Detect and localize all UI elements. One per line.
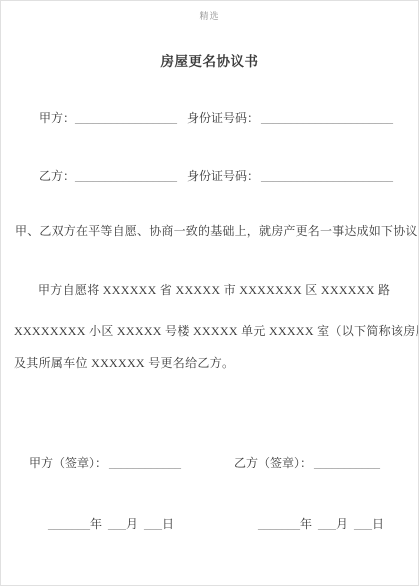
party-b-name-blank: _________________ <box>75 169 177 183</box>
day-blank: ___ <box>144 517 162 531</box>
signature-party-b-label: 乙方（签章）： <box>234 456 312 470</box>
year-blank: _______ <box>48 517 90 531</box>
signature-party-b-blank: ___________ <box>314 456 380 470</box>
header-note: 精选 <box>1 9 418 22</box>
signature-party-a-label: 甲方（签章）： <box>29 456 107 470</box>
party-a-id-blank: ______________________ <box>261 111 393 125</box>
clause-line-1: 甲方自愿将 XXXXXX 省 XXXXX 市 XXXXXXX 区 XXXXXX … <box>38 281 390 298</box>
party-a-name-blank: _________________ <box>75 111 177 125</box>
signature-party-a: 甲方（签章）：____________ <box>29 454 181 471</box>
year-label: 年 <box>90 517 102 531</box>
day-blank: ___ <box>354 517 372 531</box>
clause-line-2: XXXXXXXX 小区 XXXXX 号楼 XXXXX 单元 XXXXX 室（以下… <box>14 322 419 339</box>
day-label: 日 <box>162 517 174 531</box>
party-b-id-blank: ______________________ <box>261 169 393 183</box>
month-label: 月 <box>126 517 138 531</box>
date-line-party-a: _______年___月___日 <box>48 515 180 532</box>
month-label: 月 <box>336 517 348 531</box>
party-a-label: 甲方： <box>39 111 75 125</box>
year-label: 年 <box>300 517 312 531</box>
party-b-id-label: 身份证号码： <box>187 169 259 183</box>
agreement-intro: 甲、乙双方在平等自愿、协商一致的基础上，就房产更名一事达成如下协议： <box>15 222 419 239</box>
party-a-id-label: 身份证号码： <box>187 111 259 125</box>
party-a-row: 甲方：_________________身份证号码：______________… <box>39 109 393 126</box>
month-blank: ___ <box>318 517 336 531</box>
day-label: 日 <box>372 517 384 531</box>
party-b-row: 乙方：_________________身份证号码：______________… <box>39 167 393 184</box>
party-b-label: 乙方： <box>39 169 75 183</box>
clause-line-3: 及其所属车位 XXXXXX 号更名给乙方。 <box>14 354 234 371</box>
document-page: 精选 房屋更名协议书 甲方：_________________身份证号码：___… <box>0 0 419 586</box>
signature-party-a-blank: ____________ <box>109 456 181 470</box>
month-blank: ___ <box>108 517 126 531</box>
signature-party-b: 乙方（签章）：___________ <box>234 454 380 471</box>
year-blank: _______ <box>258 517 300 531</box>
date-line-party-b: _______年___月___日 <box>258 515 390 532</box>
document-title: 房屋更名协议书 <box>1 50 418 70</box>
